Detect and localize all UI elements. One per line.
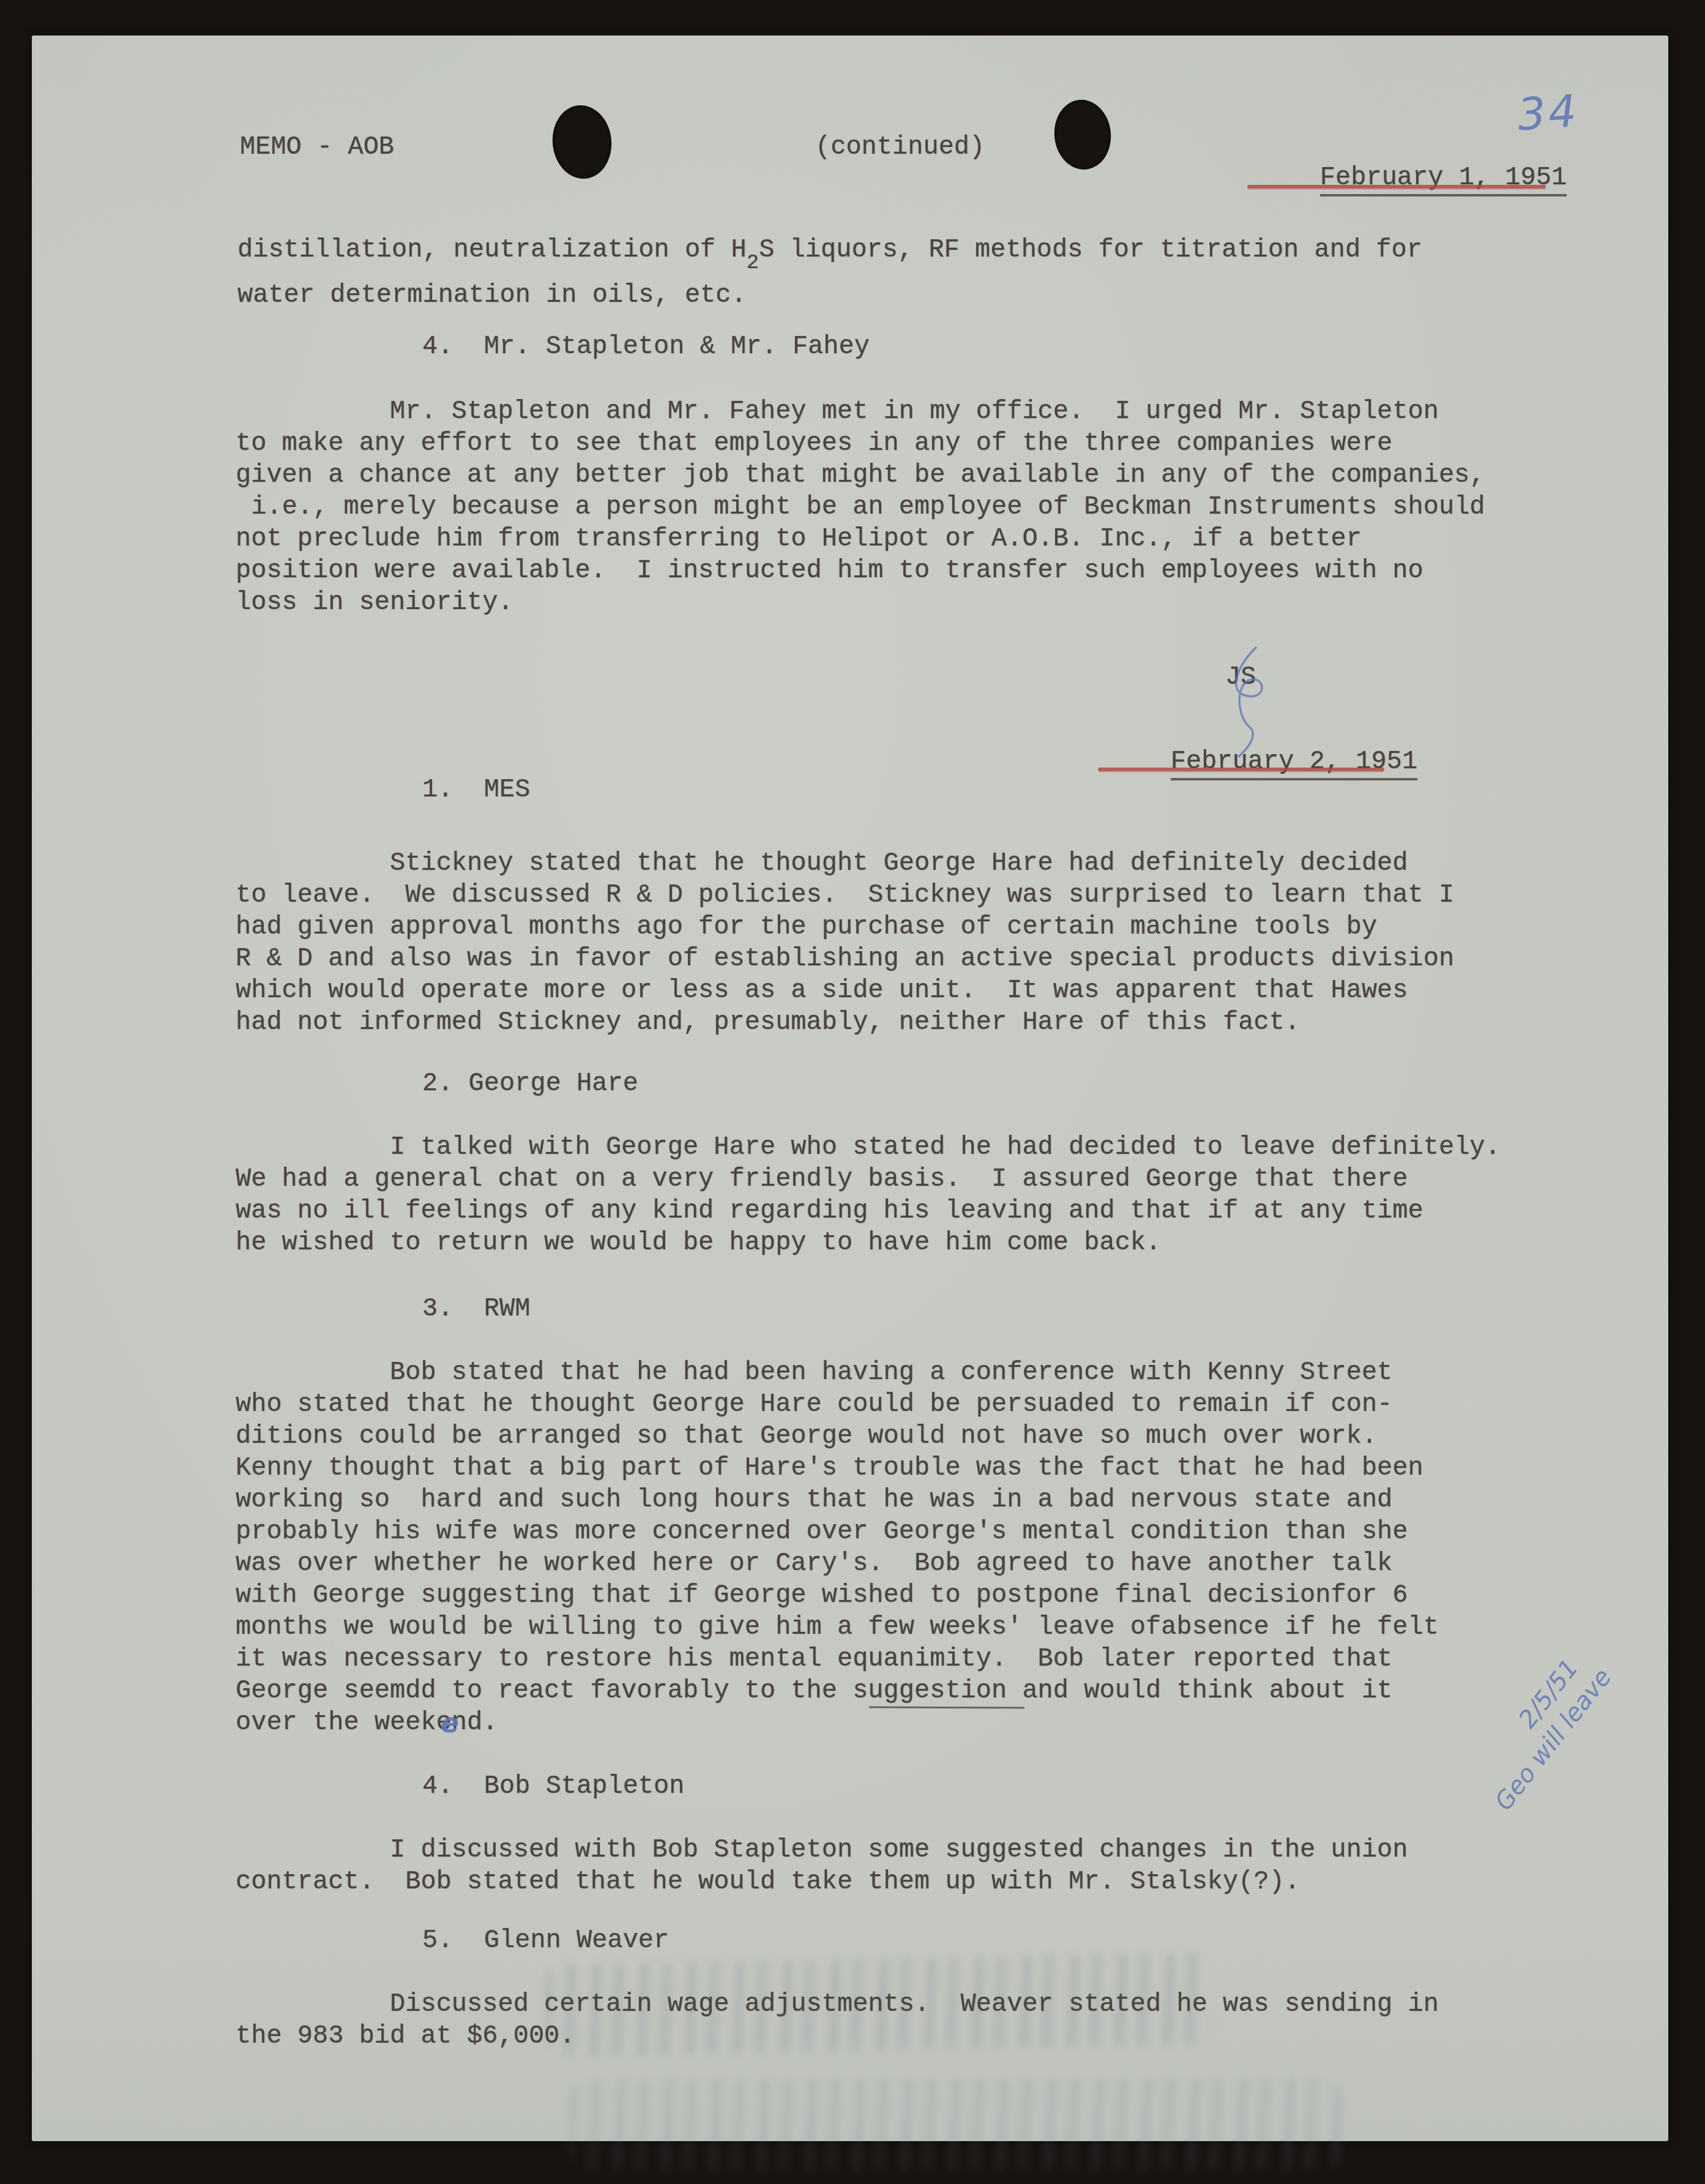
punch-hole-left [549, 102, 615, 181]
red-pencil-underline-feb2 [1098, 768, 1384, 771]
section-heading-george-hare: 2. George Hare [422, 1068, 638, 1099]
scanned-memo-page: { "page_number": "34", "header": { "memo… [0, 0, 1705, 2184]
section-heading-stapleton-fahey: 4. Mr. Stapleton & Mr. Fahey [422, 331, 870, 362]
typed-initials-js: JS [1225, 661, 1256, 693]
h2s-subscript: 2 [747, 252, 759, 275]
date-feb1: February 1, 1951 [1258, 130, 1567, 225]
section-body-bob-stapleton: I discussed with Bob Stapleton some sugg… [236, 1834, 1606, 1898]
continued-label: (continued) [815, 131, 985, 163]
handwritten-correction-e: e [441, 1708, 459, 1739]
intro-paragraph: distillation, neutralization of H2S liqu… [237, 234, 1584, 311]
section-heading-bob-stapleton: 4. Bob Stapleton [422, 1770, 684, 1802]
punch-hole-right [1051, 97, 1114, 173]
section-heading-mes: 1. MES [422, 774, 530, 806]
memo-paper-sheet: 34 MEMO - AOB (continued) February 1, 19… [32, 36, 1668, 2141]
bleed-through-smudge-lower [570, 2079, 1341, 2171]
red-pencil-underline-feb1 [1247, 185, 1546, 189]
memo-title: MEMO - AOB [240, 131, 394, 163]
section-body-mes: Stickney stated that he thought George H… [236, 847, 1594, 1038]
section-body-george-hare: I talked with George Hare who stated he … [236, 1131, 1606, 1258]
intro-text-pre: distillation, neutralization of H [237, 235, 747, 264]
date-feb2-text: February 2, 1951 [1171, 747, 1417, 780]
section-heading-rwm: 3. RWM [422, 1293, 530, 1325]
section-body-rwm: Bob stated that he had been having a con… [236, 1356, 1606, 1738]
section-body-glenn-weaver: Discussed certain wage adjustments. Weav… [236, 1988, 1606, 2052]
date-feb1-text: February 1, 1951 [1320, 163, 1567, 196]
section-body-stapleton-fahey: Mr. Stapleton and Mr. Fahey met in my of… [236, 395, 1582, 618]
section-heading-glenn-weaver: 5. Glenn Weaver [422, 1924, 669, 1956]
date-feb2: February 2, 1951 [1109, 714, 1417, 809]
